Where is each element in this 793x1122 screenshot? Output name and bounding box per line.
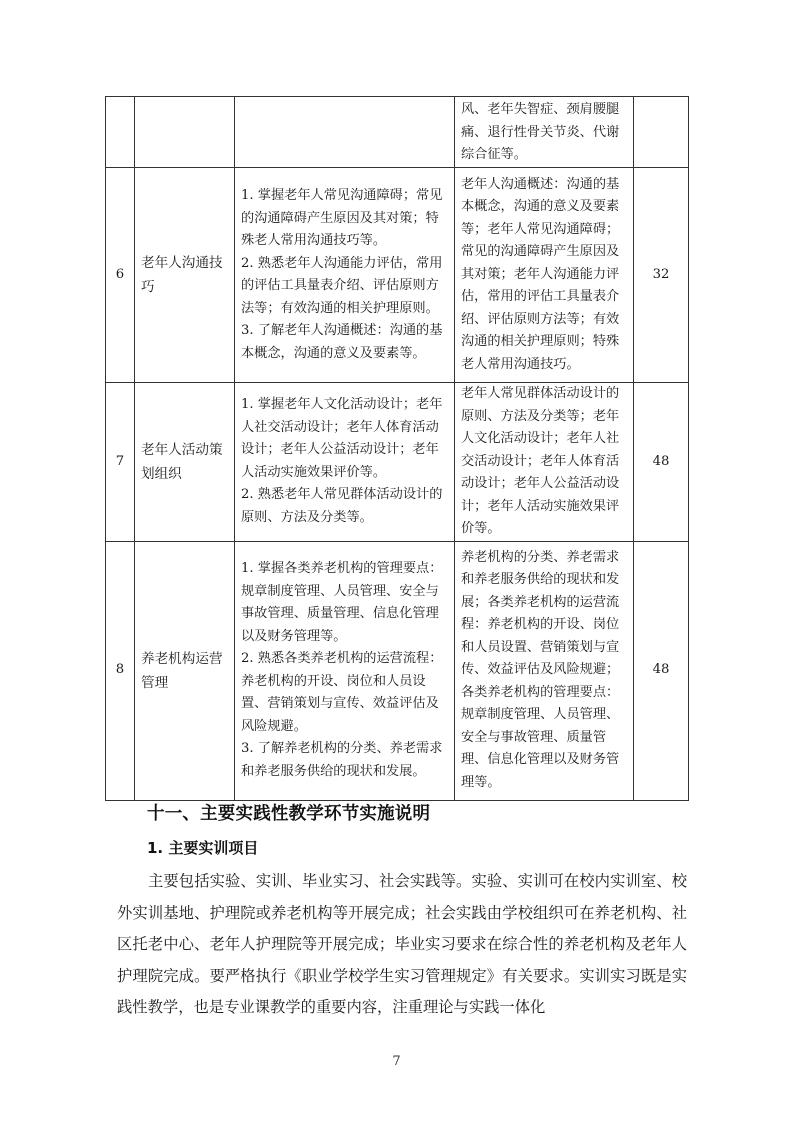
table-row: 7 老年人活动策划组织 1. 掌握老年人文化活动设计；老年人社交活动设计；老年人… [106,383,689,542]
course-number: 8 [106,541,135,800]
course-content: 养老机构的分类、养老需求和养老服务供给的现状和发展；各类养老机构的运营流程：养老… [455,541,634,800]
course-name: 老年人活动策划组织 [135,383,235,542]
table-row: 6 老年人沟通技巧 1. 掌握老年人常见沟通障碍；常见的沟通障碍产生原因及其对策… [106,168,689,383]
page-number: 7 [0,1054,793,1069]
goal-item: 1. 掌握老年人文化活动设计；老年人社交活动设计；老年人体育活动设计；老年人公益… [241,394,448,484]
course-name: 养老机构运营管理 [135,541,235,800]
course-hours: 48 [634,541,689,800]
goal-item: 3. 了解老年人沟通概述：沟通的基本概念，沟通的意义及要素等。 [241,320,448,365]
goal-item: 2. 熟悉老年人常见群体活动设计的原则、方法及分类等。 [241,484,448,529]
course-name: 老年人沟通技巧 [135,168,235,383]
table-row-continued: 风、老年失智症、颈肩腰腿痛、退行性骨关节炎、代谢综合征等。 [106,97,689,168]
course-goals: 1. 掌握老年人文化活动设计；老年人社交活动设计；老年人体育活动设计；老年人公益… [235,383,455,542]
table-row: 8 养老机构运营管理 1. 掌握各类养老机构的管理要点：规章制度管理、人员管理、… [106,541,689,800]
body-paragraph: 主要包括实验、实训、毕业实习、社会实践等。实验、实训可在校内实训室、校外实训基地… [117,866,687,1024]
section-heading: 十一、主要实践性教学环节实施说明 [147,800,430,825]
course-content: 老年人沟通概述：沟通的基本概念，沟通的意义及要素等；老年人常见沟通障碍；常见的沟… [455,168,634,383]
course-name [135,97,235,168]
course-hours [634,97,689,168]
course-goals [235,97,455,168]
document-page: 风、老年失智症、颈肩腰腿痛、退行性骨关节炎、代谢综合征等。 6 老年人沟通技巧 … [0,0,793,1122]
course-goals: 1. 掌握老年人常见沟通障碍；常见的沟通障碍产生原因及其对策；特殊老人常用沟通技… [235,168,455,383]
course-number: 6 [106,168,135,383]
course-content: 老年人常见群体活动设计的原则、方法及分类等；老年人文化活动设计；老年人社交活动设… [455,383,634,542]
course-number: 7 [106,383,135,542]
course-content: 风、老年失智症、颈肩腰腿痛、退行性骨关节炎、代谢综合征等。 [455,97,634,168]
course-goals: 1. 掌握各类养老机构的管理要点：规章制度管理、人员管理、安全与事故管理、质量管… [235,541,455,800]
goal-item: 2. 熟悉老年人沟通能力评估，常用的评估工具量表介绍、评估原则方法等；有效沟通的… [241,253,448,321]
course-hours: 48 [634,383,689,542]
goal-item: 3. 了解养老机构的分类、养老需求和养老服务供给的现状和发展。 [241,738,448,783]
goal-item: 1. 掌握老年人常见沟通障碍；常见的沟通障碍产生原因及其对策；特殊老人常用沟通技… [241,185,448,253]
course-number [106,97,135,168]
course-table: 风、老年失智症、颈肩腰腿痛、退行性骨关节炎、代谢综合征等。 6 老年人沟通技巧 … [105,96,689,801]
goal-item: 2. 熟悉各类养老机构的运营流程：养老机构的开设、岗位和人员设置、营销策划与宣传… [241,648,448,738]
course-hours: 32 [634,168,689,383]
sub-heading: 1. 主要实训项目 [147,837,258,858]
goal-item: 1. 掌握各类养老机构的管理要点：规章制度管理、人员管理、安全与事故管理、质量管… [241,558,448,648]
